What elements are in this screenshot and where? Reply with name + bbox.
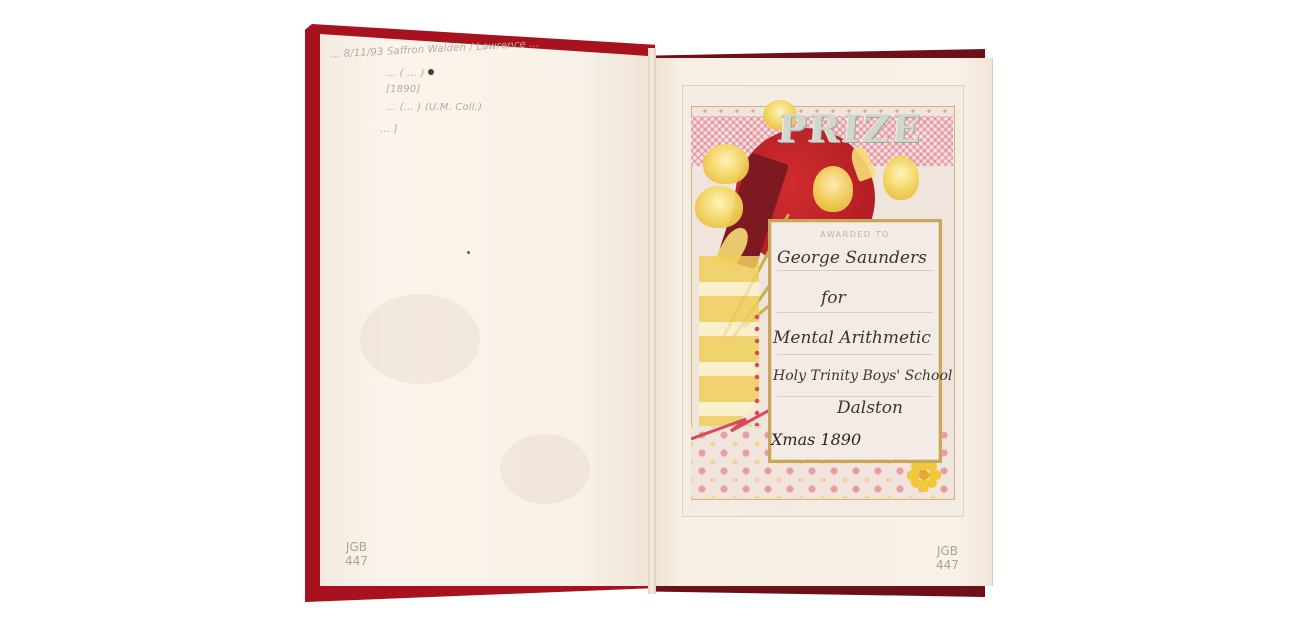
- daffodil-flower: [695, 186, 743, 228]
- pin-hole: [467, 251, 470, 254]
- award-inscription-box: AWARDED TO George Saunders for Mental Ar…: [768, 219, 942, 463]
- school-name: Holy Trinity Boys' School: [773, 368, 952, 384]
- for-label: for: [821, 288, 846, 308]
- prize-heading: PRIZE: [776, 106, 924, 151]
- prize-certificate: PRIZE AWARDED TO George Saunders for Men…: [682, 85, 964, 517]
- shelfmark-right: JGB 447: [936, 544, 959, 572]
- daffodil-flower: [883, 156, 919, 200]
- daffodil-flower: [813, 166, 853, 212]
- place-name: Dalston: [837, 398, 903, 418]
- daffodil-star-icon: [907, 458, 941, 492]
- shelfmark-line: JGB: [345, 540, 368, 554]
- paper-stain: [360, 294, 480, 384]
- pencil-note: … ]: [380, 124, 398, 135]
- award-date: Xmas 1890: [771, 430, 861, 449]
- award-subject: Mental Arithmetic: [773, 328, 931, 348]
- shelfmark-line: 447: [345, 554, 368, 568]
- printer-imprint: …: [691, 506, 696, 511]
- awarded-to-label: AWARDED TO: [771, 230, 939, 239]
- book-gutter: [648, 48, 656, 594]
- ruled-line: [777, 354, 933, 355]
- shelfmark-left: JGB 447: [345, 540, 368, 568]
- ruled-line: [777, 396, 933, 397]
- pencil-note: [1890]: [386, 84, 420, 95]
- shelfmark-line: JGB: [936, 544, 959, 558]
- pencil-note: … ( … ): [386, 68, 425, 79]
- ruled-line: [777, 270, 933, 271]
- open-book: … 8/11/93 Saffron Walden / Lawrence … … …: [0, 0, 1315, 635]
- recipient-name: George Saunders: [777, 248, 927, 268]
- ruled-line: [777, 312, 933, 313]
- shelfmark-line: 447: [936, 558, 959, 572]
- paper-stain: [500, 434, 590, 504]
- daffodil-flower: [703, 144, 749, 184]
- left-endpaper: [320, 34, 650, 586]
- pencil-note: … (… ) (U.M. Coll.): [386, 102, 482, 113]
- printer-imprint: …: [783, 506, 788, 511]
- pin-hole: [428, 69, 434, 75]
